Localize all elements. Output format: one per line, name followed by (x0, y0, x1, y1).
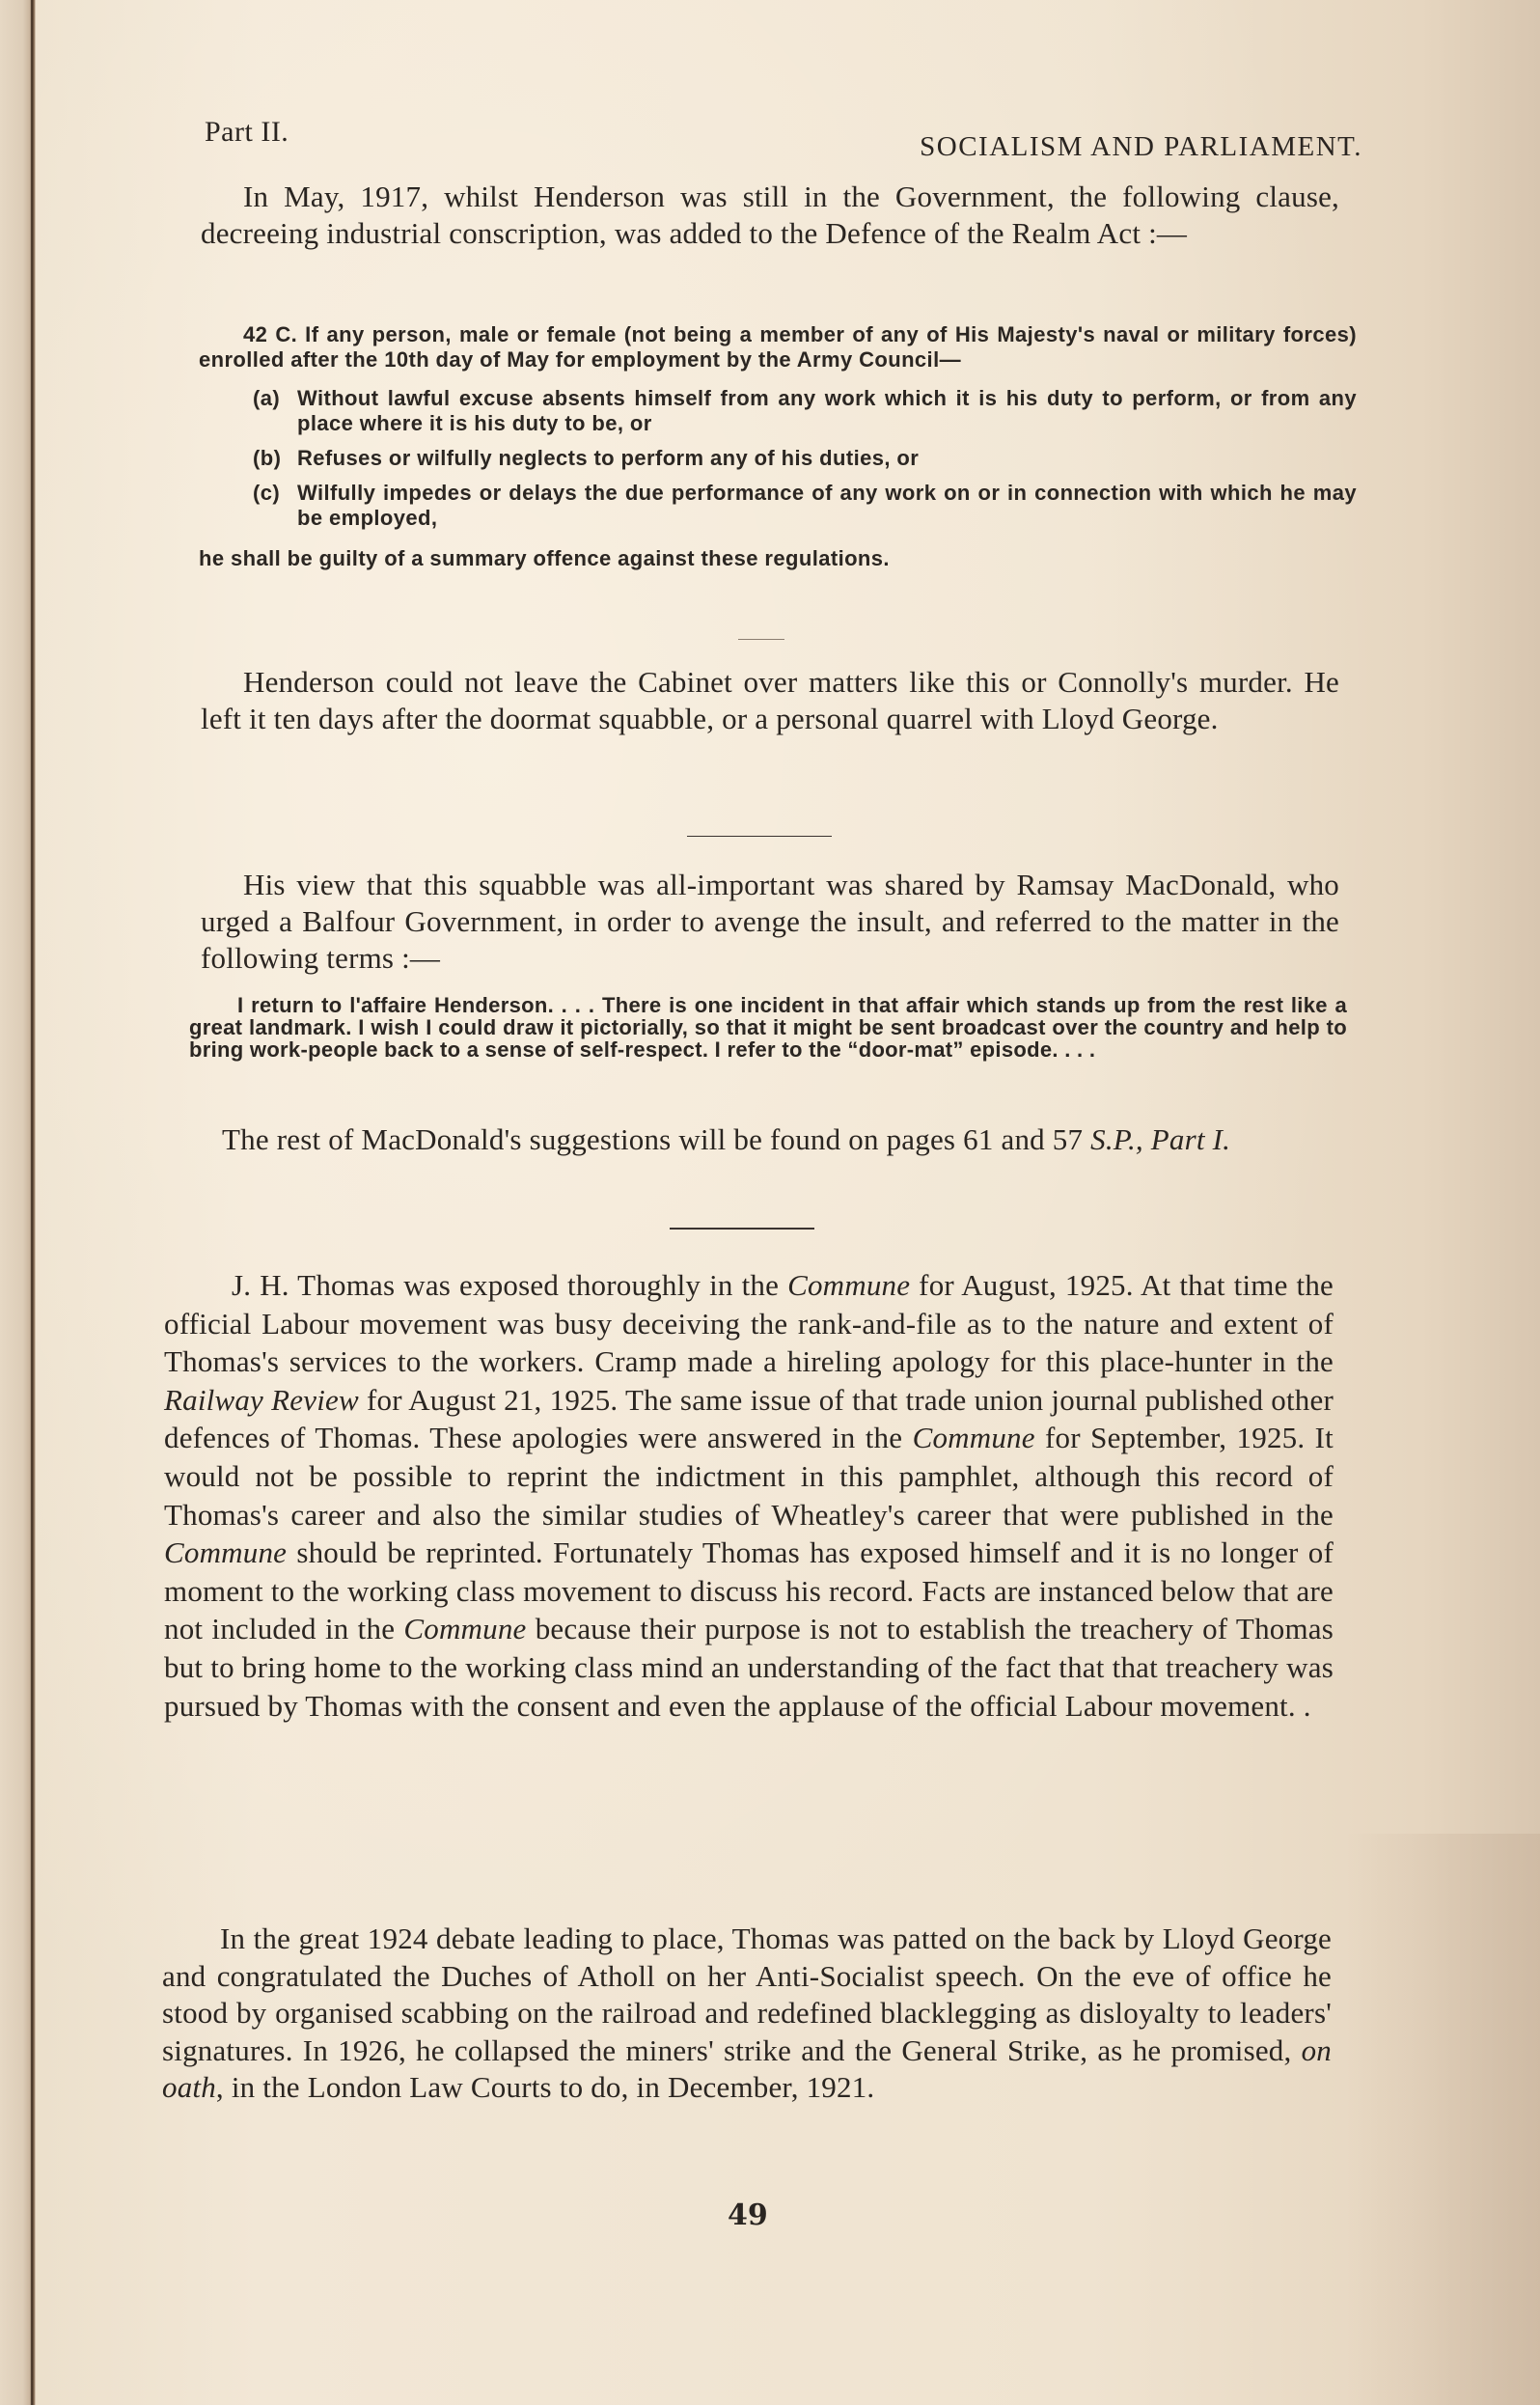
regulation-item-marker: (b) (253, 446, 297, 471)
regulation-extract: 42 C. If any person, male or female (not… (199, 322, 1357, 571)
page-number: 49 (728, 2198, 768, 2232)
regulation-item-text: Wilfully impedes or delays the due perfo… (297, 481, 1357, 531)
regulation-item: (c) Wilfully impedes or delays the due p… (199, 481, 1357, 531)
journal-title: Railway Review (164, 1383, 359, 1417)
regulation-item: (a) Without lawful excuse absents himsel… (199, 386, 1357, 436)
paragraph-2: Henderson could not leave the Cabinet ov… (201, 664, 1339, 737)
paragraph-3-text: His view that this squabble was all-impo… (201, 867, 1339, 977)
paragraph-1: In May, 1917, whilst Henderson was still… (201, 179, 1339, 252)
regulation-item-text: Without lawful excuse absents himself fr… (297, 386, 1357, 436)
regulation-item-text: Refuses or wilfully neglects to perform … (297, 446, 1357, 471)
regulation-intro: 42 C. If any person, male or female (not… (199, 322, 1357, 373)
section-divider (670, 1228, 814, 1230)
paragraph-4: The rest of MacDonald's suggestions will… (178, 1121, 1339, 1158)
journal-title: Commune (403, 1612, 526, 1645)
macdonald-quotation: I return to l'affaire Henderson. . . . T… (189, 994, 1347, 1061)
section-divider (738, 639, 784, 640)
paragraph-4-reference: S.P., Part I. (1090, 1122, 1230, 1156)
quotation-text: I return to l'affaire Henderson. . . . T… (189, 994, 1347, 1061)
paragraph-2-text: Henderson could not leave the Cabinet ov… (201, 664, 1339, 737)
paragraph-3: His view that this squabble was all-impo… (201, 867, 1339, 977)
running-title: SOCIALISM AND PARLIAMENT. (920, 131, 1362, 163)
paragraph-5-text: J. H. Thomas was exposed thoroughly in t… (164, 1266, 1334, 1725)
regulation-item-marker: (a) (253, 386, 297, 436)
journal-title: Commune (913, 1421, 1035, 1454)
text-run: In the great 1924 debate leading to plac… (162, 1921, 1332, 2067)
text-run: J. H. Thomas was exposed thoroughly in t… (232, 1268, 787, 1302)
paragraph-5: J. H. Thomas was exposed thoroughly in t… (164, 1266, 1334, 1725)
paragraph-6: In the great 1924 debate leading to plac… (162, 1921, 1332, 2107)
paragraph-1-text: In May, 1917, whilst Henderson was still… (201, 179, 1339, 252)
previous-page-edge (0, 0, 33, 2405)
regulation-item-marker: (c) (253, 481, 297, 531)
journal-title: Commune (787, 1268, 910, 1302)
part-label: Part II. (205, 116, 289, 149)
regulation-item: (b) Refuses or wilfully neglects to perf… (199, 446, 1357, 471)
text-run: , in the London Law Courts to do, in Dec… (216, 2070, 874, 2104)
paragraph-6-text: In the great 1924 debate leading to plac… (162, 1921, 1332, 2107)
running-header: Part II. SOCIALISM AND PARLIAMENT. (205, 116, 1362, 174)
section-divider (687, 836, 832, 837)
journal-title: Commune (164, 1535, 287, 1569)
page-curl-shadow (1347, 1834, 1540, 2405)
paragraph-4-text: The rest of MacDonald's suggestions will… (178, 1121, 1339, 1158)
paragraph-4-body: The rest of MacDonald's suggestions will… (222, 1122, 1090, 1156)
regulation-closing: he shall be guilty of a summary offence … (199, 546, 1357, 571)
